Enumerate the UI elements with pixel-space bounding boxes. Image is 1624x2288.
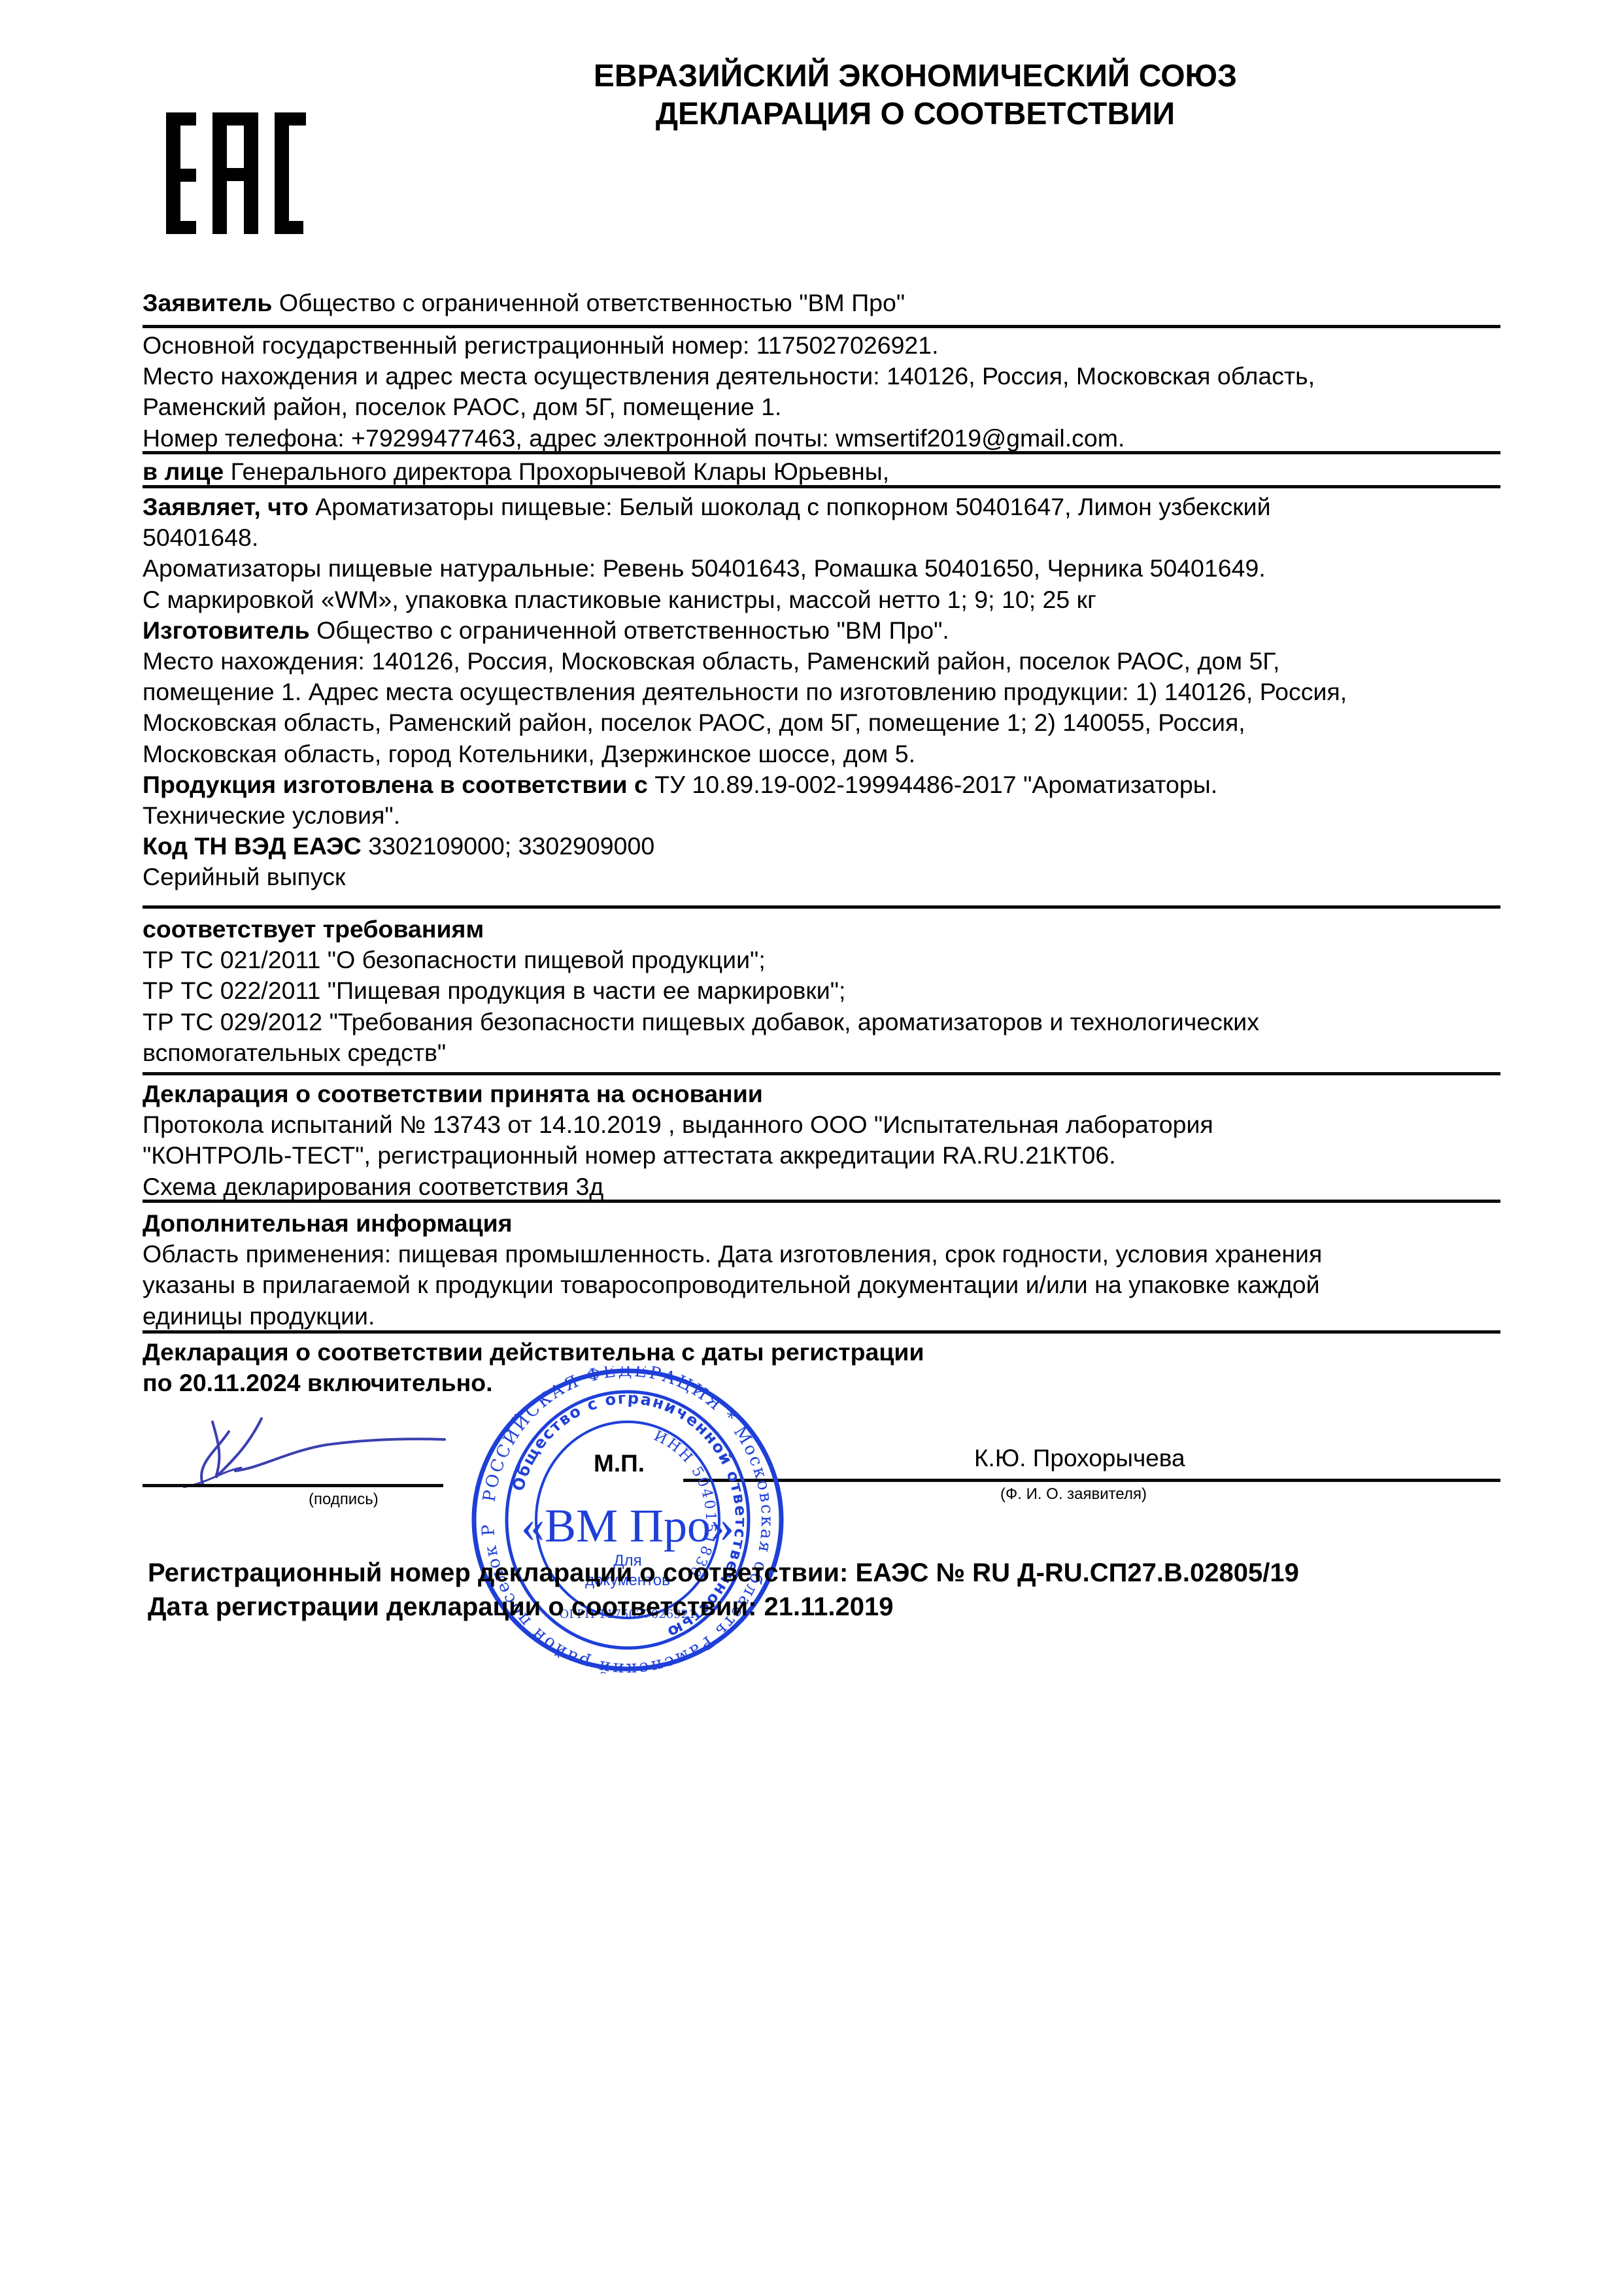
- manufacturer-line: Место нахождения: 140126, Россия, Москов…: [143, 646, 1509, 677]
- divider: [143, 451, 1500, 454]
- validity-section: Декларация о соответствии действительна …: [143, 1337, 1509, 1398]
- applicant-details: Основной государственный регистрационный…: [143, 330, 1509, 454]
- additional-line: единицы продукции.: [143, 1301, 1509, 1332]
- product-section: Заявляет, что Ароматизаторы пищевые: Бел…: [143, 492, 1509, 893]
- registration-number-label: Регистрационный номер декларации о соотв…: [148, 1558, 855, 1587]
- divider: [143, 1072, 1500, 1075]
- union-title: ЕВРАЗИЙСКИЙ ЭКОНОМИЧЕСКИЙ СОЮЗ: [458, 58, 1373, 95]
- company-stamp: РОССИЙСКАЯ ФЕДЕРАЦИЯ * Московская област…: [464, 1366, 791, 1674]
- produced-per-line2: Технические условия".: [143, 800, 1509, 831]
- signature-line: [143, 1484, 443, 1487]
- applicant-name: Общество с ограниченной ответственностью…: [272, 289, 905, 316]
- requirements-section: соответствует требованиям ТР ТС 021/2011…: [143, 914, 1509, 1068]
- signer-name: К.Ю. Прохорычева: [974, 1445, 1185, 1472]
- basis-line: "КОНТРОЛЬ-ТЕСТ", регистрационный номер а…: [143, 1140, 1509, 1171]
- requirement-item: вспомогательных средств": [143, 1037, 1509, 1068]
- representative-label: в лице: [143, 458, 224, 485]
- divider: [143, 1330, 1500, 1334]
- registration-section: Регистрационный номер декларации о соотв…: [148, 1556, 1299, 1624]
- eac-logo: [163, 112, 309, 235]
- basis-label: Декларация о соответствии принята на осн…: [143, 1079, 1509, 1109]
- signature-caption: (подпись): [309, 1490, 379, 1509]
- requirements-label: соответствует требованиям: [143, 914, 1509, 945]
- divider: [143, 325, 1500, 328]
- applicant-ogrn: Основной государственный регистрационный…: [143, 330, 1509, 361]
- applicant-address-2: Раменский район, поселок РАОС, дом 5Г, п…: [143, 392, 1509, 422]
- requirement-item: ТР ТС 021/2011 "О безопасности пищевой п…: [143, 945, 1509, 975]
- applicant-address-1: Место нахождения и адрес места осуществл…: [143, 361, 1509, 392]
- registration-date-label: Дата регистрации декларации о соответств…: [148, 1592, 764, 1621]
- manufacturer-line: помещение 1. Адрес места осуществления д…: [143, 677, 1509, 707]
- svg-text:РОССИЙСКАЯ ФЕДЕРАЦИЯ * Московс: РОССИЙСКАЯ ФЕДЕРАЦИЯ * Московская област…: [464, 1366, 777, 1674]
- declares-line: 50401648.: [143, 522, 1509, 553]
- stamp-outer-ring: РОССИЙСКАЯ ФЕДЕРАЦИЯ * Московская област…: [464, 1366, 777, 1674]
- declaration-title: ДЕКЛАРАЦИЯ О СООТВЕТСТВИИ: [458, 95, 1373, 133]
- release-type: Серийный выпуск: [143, 862, 1509, 892]
- divider: [143, 485, 1500, 488]
- registration-number-value: ЕАЭС № RU Д-RU.СП27.В.02805/19: [855, 1558, 1298, 1587]
- declares-product: Ароматизаторы пищевые: Белый шоколад с п…: [309, 493, 1271, 520]
- basis-section: Декларация о соответствии принята на осн…: [143, 1079, 1509, 1202]
- manufacturer-line: Московская область, Раменский район, пос…: [143, 707, 1509, 738]
- additional-label: Дополнительная информация: [143, 1208, 1509, 1239]
- registration-date-value: 21.11.2019: [764, 1592, 894, 1621]
- signature-icon: [157, 1405, 484, 1490]
- produced-per-label: Продукция изготовлена в соответствии с: [143, 771, 648, 798]
- additional-line: указаны в прилагаемой к продукции товаро…: [143, 1270, 1509, 1300]
- applicant-contacts: Номер телефона: +79299477463, адрес элек…: [143, 423, 1509, 454]
- applicant-section: Заявитель Общество с ограниченной ответс…: [143, 288, 1509, 318]
- hs-code-value: 3302109000; 3302909000: [362, 832, 654, 860]
- manufacturer-line: Московская область, город Котельники, Дз…: [143, 739, 1509, 769]
- signer-caption: (Ф. И. О. заявителя): [1000, 1485, 1147, 1504]
- additional-section: Дополнительная информация Область примен…: [143, 1208, 1509, 1332]
- representative-section: в лице Генерального директора Прохорычев…: [143, 456, 1509, 487]
- eac-mark-icon: [163, 112, 309, 235]
- representative-text: Генерального директора Прохорычевой Клар…: [224, 458, 889, 485]
- declares-line: С маркировкой «WM», упаковка пластиковые…: [143, 584, 1509, 615]
- manufacturer-label: Изготовитель: [143, 616, 310, 644]
- hs-code-label: Код ТН ВЭД ЕАЭС: [143, 832, 362, 860]
- requirement-item: ТР ТС 029/2012 "Требования безопасности …: [143, 1007, 1509, 1037]
- declaration-scheme: Схема декларирования соответствия 3д: [143, 1171, 1509, 1202]
- applicant-label: Заявитель: [143, 289, 272, 316]
- produced-per-text: ТУ 10.89.19-002-19994486-2017 "Ароматиза…: [648, 771, 1217, 798]
- validity-line1: Декларация о соответствии действительна …: [143, 1337, 1509, 1368]
- stamp-center-name: «ВМ Про»: [521, 1500, 734, 1552]
- divider: [143, 1200, 1500, 1203]
- signer-line: [683, 1479, 1500, 1482]
- document-title: ЕВРАЗИЙСКИЙ ЭКОНОМИЧЕСКИЙ СОЮЗ ДЕКЛАРАЦИ…: [458, 58, 1373, 133]
- declares-label: Заявляет, что: [143, 493, 309, 520]
- additional-line: Область применения: пищевая промышленнос…: [143, 1239, 1509, 1270]
- validity-line2: по 20.11.2024 включительно.: [143, 1368, 1509, 1398]
- seal-place-label: М.П.: [594, 1450, 645, 1477]
- manufacturer-name: Общество с ограниченной ответственностью…: [310, 616, 949, 644]
- basis-line: Протокола испытаний № 13743 от 14.10.201…: [143, 1109, 1509, 1140]
- requirement-item: ТР ТС 022/2011 "Пищевая продукция в част…: [143, 975, 1509, 1006]
- divider: [143, 905, 1500, 909]
- declares-line: Ароматизаторы пищевые натуральные: Ревен…: [143, 553, 1509, 584]
